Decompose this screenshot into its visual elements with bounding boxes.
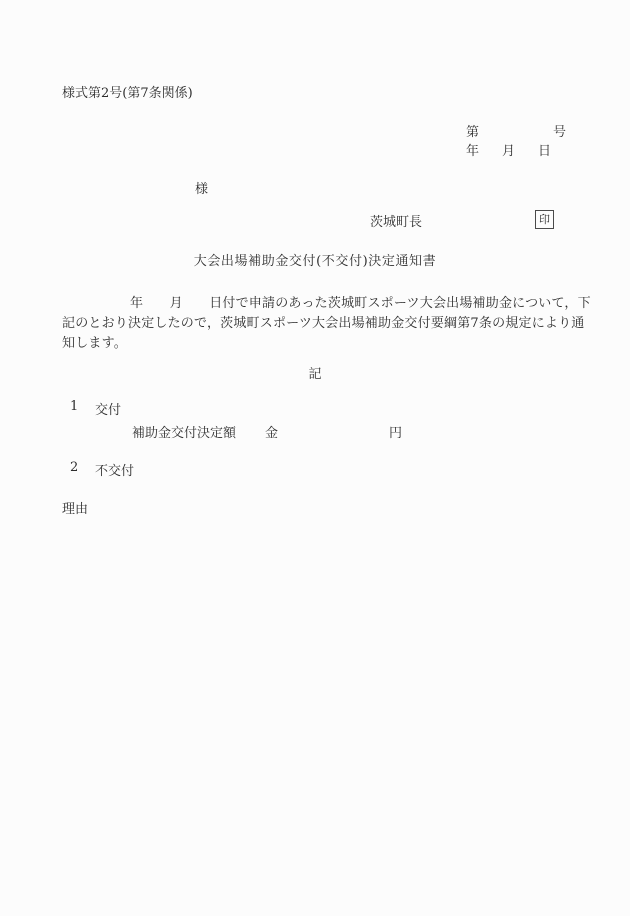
grant-amount-label: 補助金交付決定額 bbox=[132, 422, 236, 441]
section-2-number: 2 bbox=[70, 460, 78, 475]
section-2-heading: 不交付 bbox=[95, 460, 134, 479]
reason-label: 理由 bbox=[62, 498, 88, 517]
body-line: 年 月 日付で申請のあった茨城町スポーツ大会出場補助金について，下 bbox=[62, 292, 591, 311]
addressee-honorific: 様 bbox=[195, 178, 208, 197]
date-year-label: 年 bbox=[466, 140, 479, 159]
section-1-heading: 交付 bbox=[95, 399, 121, 418]
seal-stamp: 印 bbox=[535, 210, 554, 229]
date-month-label: 月 bbox=[502, 140, 515, 159]
doc-number-suffix: 号 bbox=[553, 121, 566, 140]
body-line: 記のとおり決定したので，茨城町スポーツ大会出場補助金交付要綱第7条の規定により通 bbox=[62, 312, 585, 331]
currency-prefix: 金 bbox=[265, 422, 278, 441]
body-line: 知します。 bbox=[62, 332, 127, 351]
doc-number-prefix: 第 bbox=[466, 121, 479, 140]
sender-title: 茨城町長 bbox=[370, 211, 422, 230]
record-marker: 記 bbox=[0, 363, 630, 382]
section-1-number: 1 bbox=[70, 399, 78, 414]
form-id-label: 様式第2号(第7条関係) bbox=[62, 82, 193, 101]
document-page: 様式第2号(第7条関係) 第 号 年 月 日 様 茨城町長 印 大会出場補助金交… bbox=[0, 0, 630, 916]
document-title: 大会出場補助金交付(不交付)決定通知書 bbox=[0, 250, 630, 269]
date-day-label: 日 bbox=[538, 140, 551, 159]
currency-unit: 円 bbox=[389, 422, 402, 441]
seal-label: 印 bbox=[539, 214, 550, 225]
